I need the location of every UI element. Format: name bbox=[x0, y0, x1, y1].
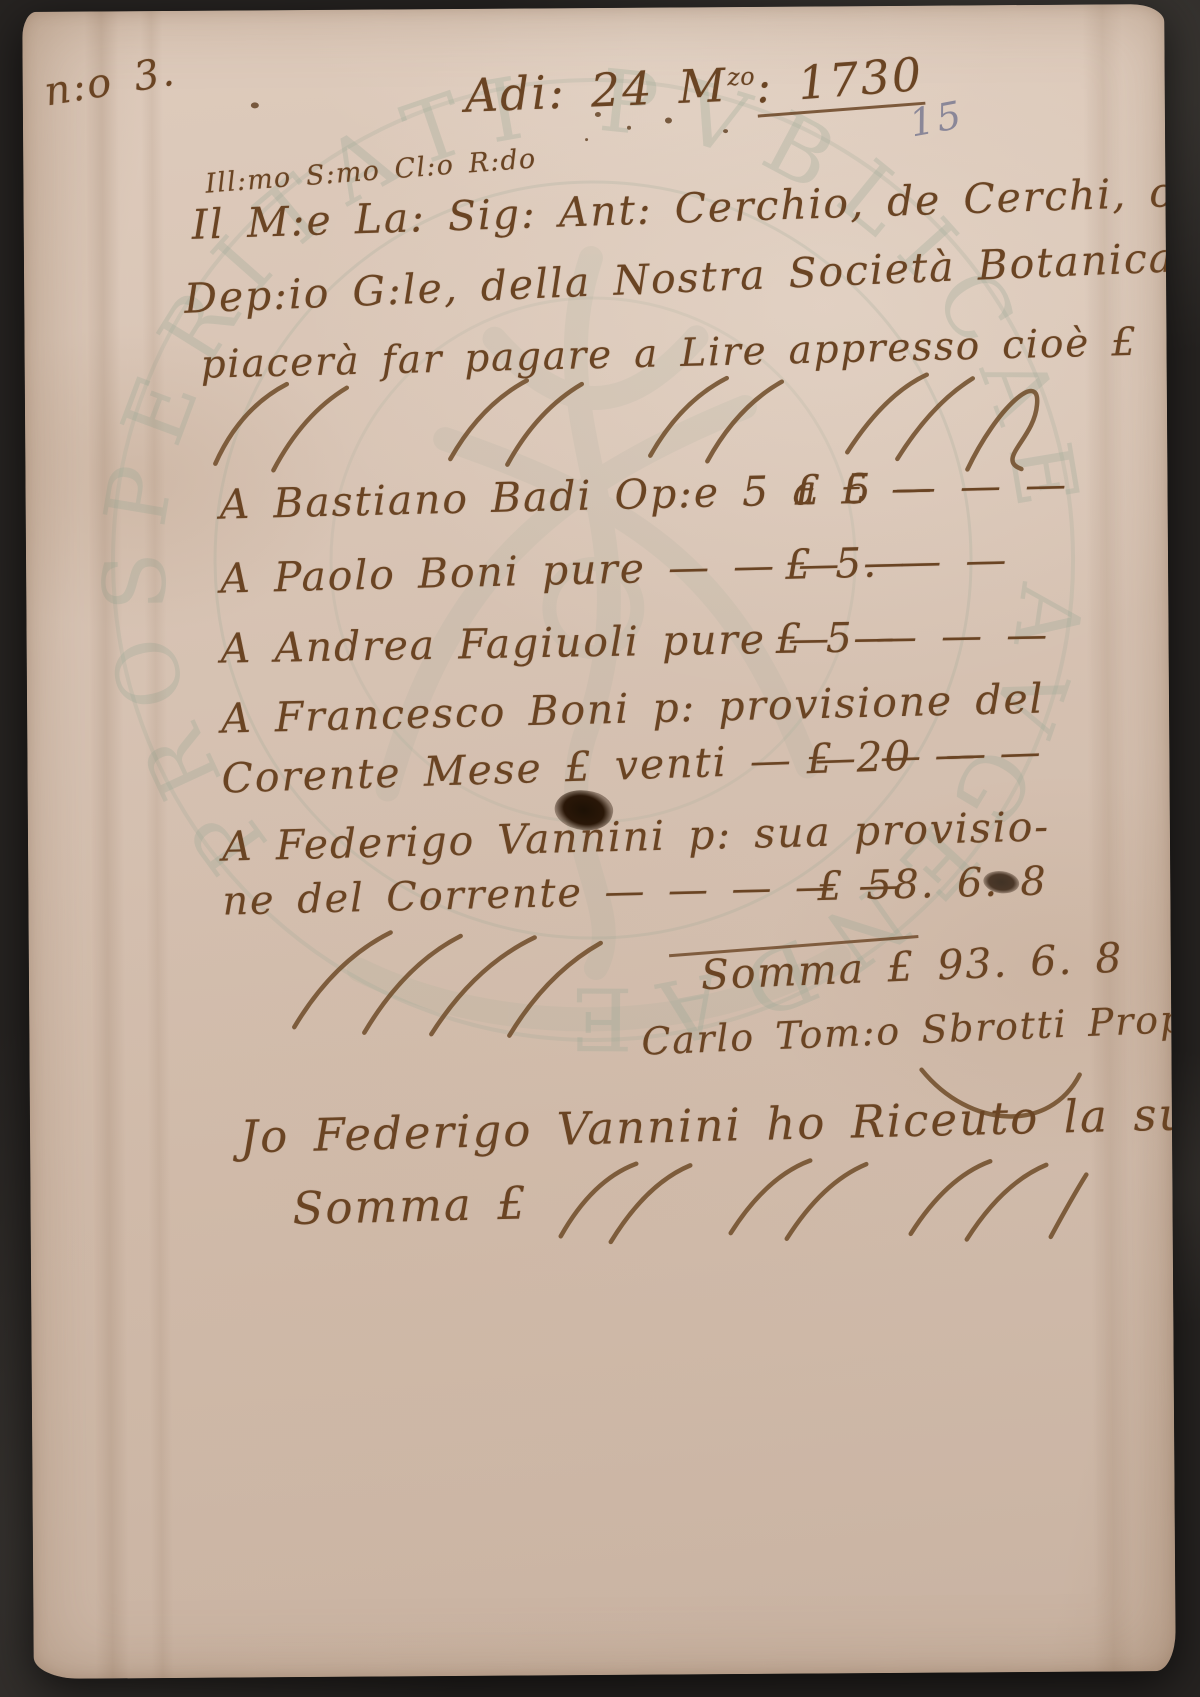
date-line: Adi: 24 Mzo: 1730 bbox=[464, 50, 925, 127]
ink-speck bbox=[723, 129, 728, 133]
entry-amount: £ 5. — — bbox=[784, 535, 1008, 588]
receipt-line: Jo Federigo Vannini ho Riceuto la sud:a bbox=[239, 1085, 1175, 1163]
payment-entry: A Bastiano Badi Op:e 5 a £ — £ 5 — — — bbox=[219, 457, 1170, 528]
paper-crease bbox=[140, 11, 174, 1678]
paper-crease bbox=[84, 11, 130, 1678]
entry-text: ne del Corrente — — — — — bbox=[222, 862, 901, 925]
ink-speck bbox=[665, 117, 672, 123]
ink-speck bbox=[595, 112, 601, 117]
entry-amount: £ 20 — — bbox=[805, 727, 1043, 783]
ink-speck bbox=[627, 126, 631, 130]
ink-speck bbox=[585, 138, 588, 141]
entry-text: A Federigo Vannini p: sua provisio- bbox=[221, 802, 1050, 870]
signature-line: Carlo Tom:o Sbrotti Prop: bbox=[640, 996, 1175, 1063]
entry-amount: £ 5 — — — bbox=[775, 610, 1049, 663]
photo-background: { "colors": { "ink": "#6a4423", "paper":… bbox=[0, 0, 1200, 1697]
receipt-line: Somma £ bbox=[292, 1176, 529, 1235]
ink-speck bbox=[251, 102, 259, 108]
archive-number: n:o 3. bbox=[41, 49, 179, 116]
sum-line: Somma £ 93. 6. 8 bbox=[700, 934, 1124, 1000]
paper-sheet: PROSPERITATI PVBLICAE AVGENDAE n:o 3. Ad… bbox=[22, 4, 1176, 1679]
pen-flourish-sum bbox=[279, 913, 610, 1043]
body-line: piacerà far pagare a Lire appresso cioè … bbox=[200, 320, 1138, 388]
entry-amount: £ 5 — — — bbox=[794, 460, 1069, 515]
date-year: : 1730 bbox=[753, 47, 925, 118]
pencil-foliation: 15 bbox=[906, 92, 967, 145]
date-superscript: zo bbox=[727, 62, 756, 91]
payment-entry: A Paolo Boni pure — — — — £ 5. — — bbox=[220, 531, 1171, 602]
pen-flourish-bottom bbox=[550, 1153, 1091, 1253]
payment-entry: A Andrea Fagiuoli pure — — £ 5 — — — bbox=[220, 608, 1171, 673]
